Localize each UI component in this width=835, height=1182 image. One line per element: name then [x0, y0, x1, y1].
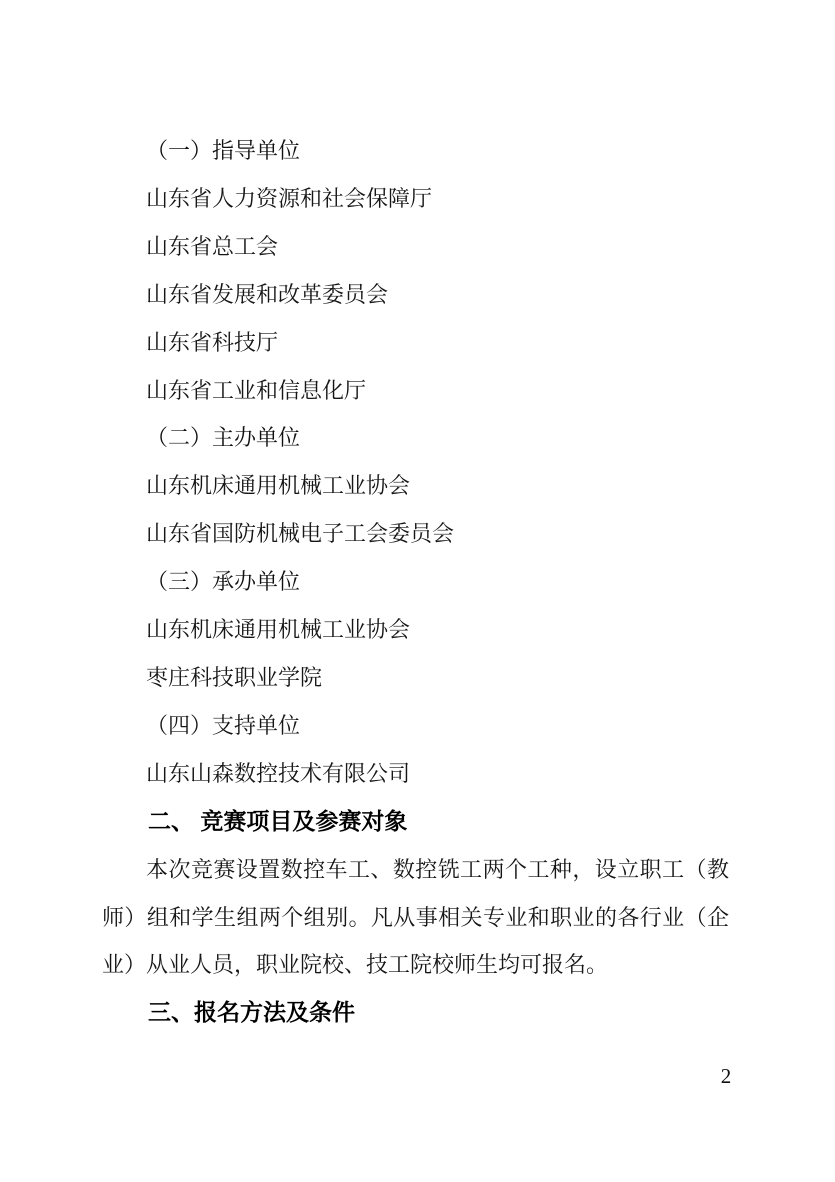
section-heading-support-units: （四）支持单位 — [102, 702, 729, 750]
document-page: （一）指导单位 山东省人力资源和社会保障厅 山东省总工会 山东省发展和改革委员会… — [0, 0, 835, 1182]
section-heading-guiding-units: （一）指导单位 — [102, 127, 729, 175]
document-body: （一）指导单位 山东省人力资源和社会保障厅 山东省总工会 山东省发展和改革委员会… — [102, 127, 729, 1037]
org-line: 山东省人力资源和社会保障厅 — [102, 175, 729, 223]
org-line: 山东省总工会 — [102, 223, 729, 271]
body-paragraph: 本次竞赛设置数控车工、数控铣工两个工种，设立职工（教师）组和学生组两个组别。凡从… — [102, 846, 729, 990]
org-line: 山东省发展和改革委员会 — [102, 271, 729, 319]
section-heading-organizer-units: （三）承办单位 — [102, 558, 729, 606]
org-line: 山东机床通用机械工业协会 — [102, 462, 729, 510]
org-line: 山东山森数控技术有限公司 — [102, 750, 729, 798]
page-number: 2 — [700, 1063, 752, 1089]
org-line: 山东省国防机械电子工会委员会 — [102, 510, 729, 558]
numbered-heading-competition-items: 二、 竞赛项目及参赛对象 — [102, 798, 729, 846]
org-line: 山东省科技厅 — [102, 319, 729, 367]
org-line: 山东机床通用机械工业协会 — [102, 606, 729, 654]
org-line: 山东省工业和信息化厅 — [102, 367, 729, 415]
section-heading-host-units: （二）主办单位 — [102, 414, 729, 462]
numbered-heading-registration: 三、报名方法及条件 — [102, 989, 729, 1037]
org-line: 枣庄科技职业学院 — [102, 654, 729, 702]
